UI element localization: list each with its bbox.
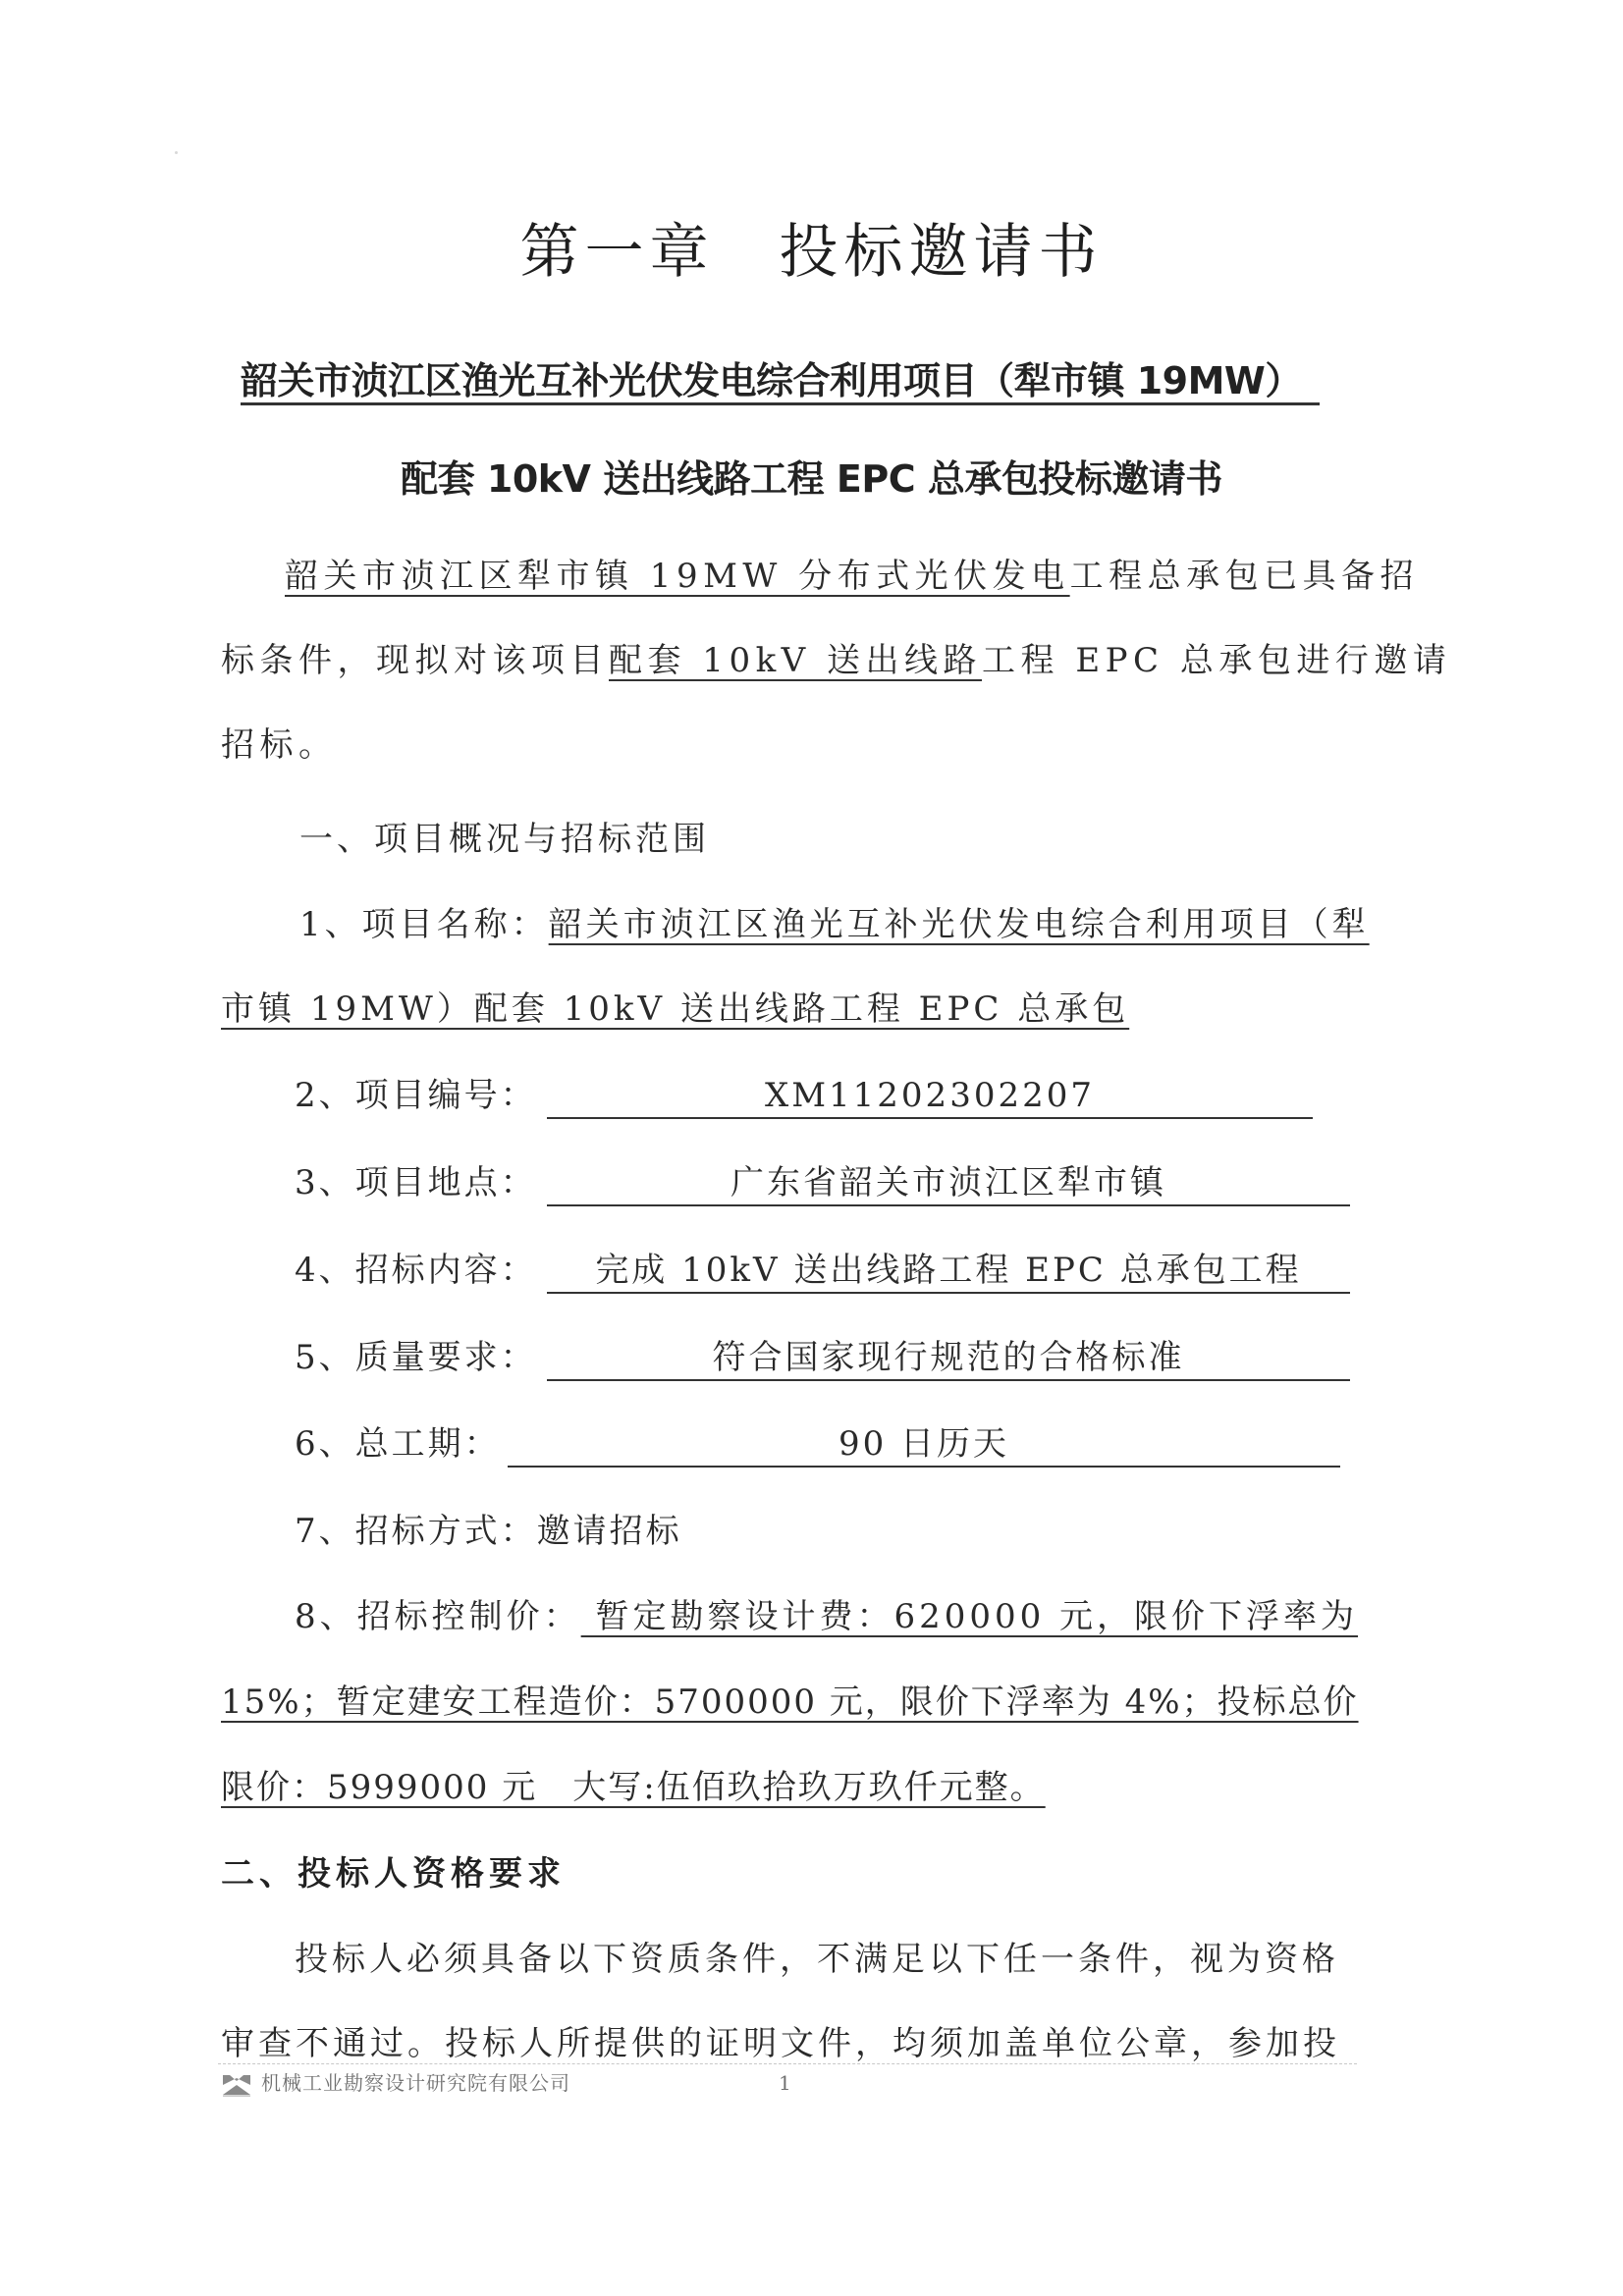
item-control-price: 8、招标控制价： 暂定勘察设计费：620000 元，限价下浮率为 — [295, 1595, 1358, 1638]
item-project-code-value: XM11202302207 — [547, 1074, 1313, 1119]
item-location-value: 广东省韶关市浈江区犁市镇 — [547, 1161, 1350, 1206]
item-quality-label: 5、质量要求： — [295, 1336, 537, 1379]
item-project-code-label: 2、项目编号： — [295, 1074, 537, 1117]
project-title-line1: 韶关市浈江区渔光互补光伏发电综合利用项目（犁市镇 19MW） — [241, 359, 1320, 405]
intro-scope: 配套 10kV 送出线路 — [609, 641, 982, 680]
section-1-heading: 一、项目概况与招标范围 — [299, 818, 710, 861]
item-content-label: 4、招标内容： — [295, 1249, 537, 1292]
item-duration-label: 6、总工期： — [295, 1422, 501, 1466]
item-control-price-cont: 15%；暂定建安工程造价：5700000 元，限价下浮率为 4%；投标总价 — [221, 1681, 1359, 1724]
item-value: 韶关市浈江区渔光互补光伏发电综合利用项目（犁 — [549, 905, 1370, 944]
item-value: 邀请招标 — [537, 1512, 682, 1551]
item-content-value: 完成 10kV 送出线路工程 EPC 总承包工程 — [547, 1249, 1350, 1294]
item-quality-value: 符合国家现行规范的合格标准 — [547, 1336, 1350, 1381]
section-2-para-line2: 审查不通过。投标人所提供的证明文件，均须加盖单位公章，参加投 — [221, 2022, 1340, 2065]
section-2-para-line1: 投标人必须具备以下资质条件，不满足以下任一条件，视为资格 — [295, 1938, 1339, 1981]
project-title-line2: 配套 10kV 送出线路工程 EPC 总承包投标邀请书 — [0, 457, 1623, 501]
item-tender-method: 7、招标方式：邀请招标 — [295, 1510, 682, 1553]
item-label: 8、招标控制价： — [295, 1597, 581, 1636]
intro-text: 工程 EPC 总承包进行邀请 — [982, 641, 1451, 680]
item-project-name: 1、项目名称：韶关市浈江区渔光互补光伏发电综合利用项目（犁 — [299, 903, 1370, 946]
item-label: 7、招标方式： — [295, 1512, 537, 1551]
item-value: 15%；暂定建安工程造价：5700000 元，限价下浮率为 4%；投标总价 — [221, 1682, 1359, 1722]
item-project-name-cont: 市镇 19MW）配套 10kV 送出线路工程 EPC 总承包 — [221, 988, 1129, 1031]
intro-text: 标条件，现拟对该项目 — [221, 641, 609, 680]
intro-line-3: 招标。 — [221, 723, 338, 767]
company-logo-icon — [222, 2073, 251, 2097]
chapter-title: 第一章 投标邀请书 — [0, 218, 1623, 287]
section-2-heading: 二、投标人资格要求 — [221, 1852, 566, 1896]
scan-speck — [175, 151, 178, 154]
page-number: 1 — [779, 2069, 791, 2097]
item-label: 1、项目名称： — [299, 905, 549, 944]
intro-line-2: 标条件，现拟对该项目配套 10kV 送出线路工程 EPC 总承包进行邀请 — [221, 639, 1451, 682]
footer-divider — [218, 2063, 1357, 2064]
footer-company-name: 机械工业勘察设计研究院有限公司 — [261, 2069, 570, 2097]
intro-text: 工程总承包已具备招 — [1070, 557, 1420, 596]
item-value: 暂定勘察设计费：620000 元，限价下浮率为 — [581, 1597, 1358, 1636]
item-value: 限价：5999000 元 大写:伍佰玖拾玖万玖仟元整。 — [221, 1768, 1046, 1807]
item-value: 市镇 19MW）配套 10kV 送出线路工程 EPC 总承包 — [221, 989, 1129, 1029]
item-control-price-cont: 限价：5999000 元 大写:伍佰玖拾玖万玖仟元整。 — [221, 1766, 1046, 1809]
intro-line-1: 韶关市浈江区犁市镇 19MW 分布式光伏发电工程总承包已具备招 — [285, 555, 1419, 598]
item-duration-value: 90 日历天 — [508, 1422, 1340, 1468]
item-location-label: 3、项目地点： — [295, 1161, 537, 1204]
intro-project-name: 韶关市浈江区犁市镇 19MW 分布式光伏发电 — [285, 557, 1070, 596]
